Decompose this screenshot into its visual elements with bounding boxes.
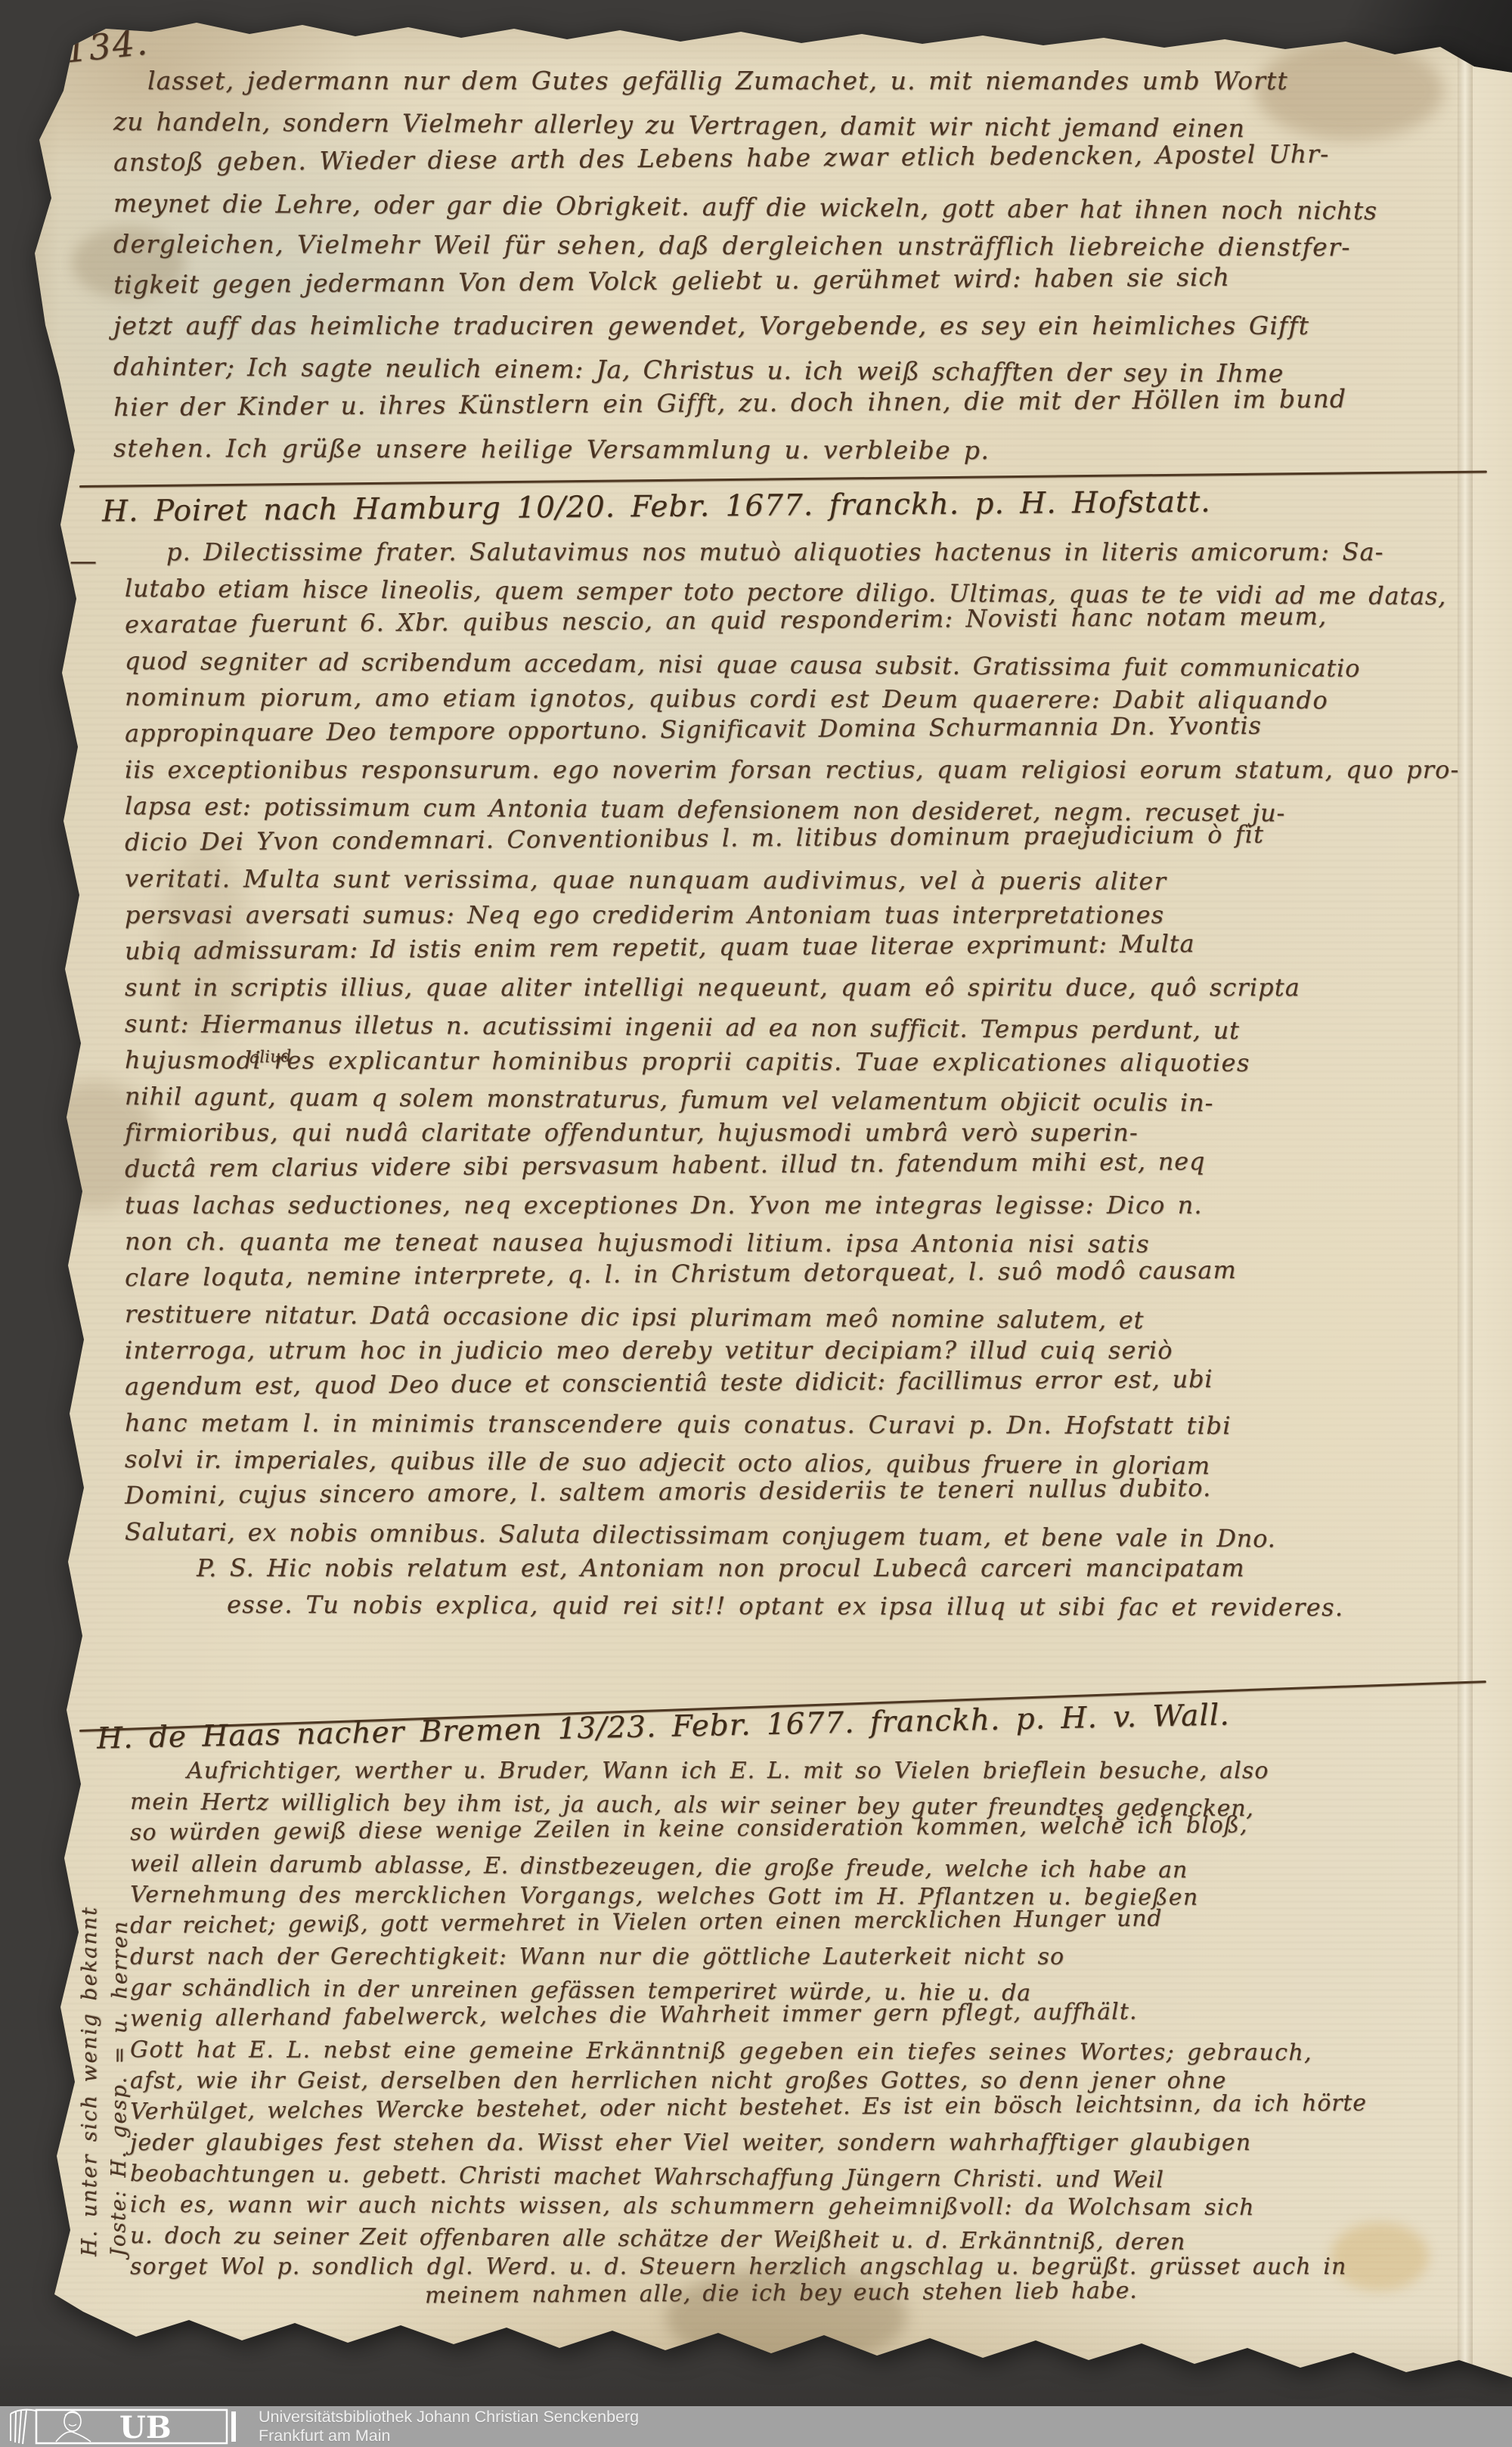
manuscript-line: durst nach der Gerechtigkeit: Wann nur d…	[130, 1941, 1498, 1972]
paper-sheet: 134. lasset, jedermann nur dem Gutes gef…	[0, 0, 1512, 2447]
library-watermark-banner: UB Universitätsbibliothek Johann Christi…	[0, 2406, 1512, 2447]
manuscript-line: tigkeit gegen jedermann Von dem Volck ge…	[113, 255, 1482, 305]
letter1-header: H. Poiret nach Hamburg 10/20. Febr. 1677…	[102, 485, 1211, 529]
manuscript-line: ich es, wann wir auch nichts wissen, als…	[130, 2189, 1498, 2224]
marginalia-line: Joste: H. gesp. = u. herren	[104, 1735, 136, 2257]
manuscript-line: iis exceptionibus responsurum. ego nover…	[125, 751, 1493, 788]
letter1-body-text: p. Dilectissime frater. Salutavimus nos …	[125, 534, 1493, 1622]
manuscript-line: Gott hat E. L. nebst eine gemeine Erkänn…	[130, 2034, 1498, 2069]
library-name: Universitätsbibliothek Johann Christian …	[259, 2408, 639, 2427]
ub-library-logo-icon: UB	[6, 2408, 240, 2445]
manuscript-line: hujusmodi res explicantur hominibus prop…	[125, 1042, 1493, 1082]
manuscript-line: p. Dilectissime frater. Salutavimus nos …	[125, 534, 1493, 570]
letter2-header: H. de Haas nacher Bremen 13/23. Febr. 16…	[97, 1698, 1230, 1755]
manuscript-line: hanc metam l. in minimis transcendere qu…	[125, 1405, 1493, 1445]
manuscript-line: sunt in scriptis illius, quae aliter int…	[125, 969, 1493, 1005]
marginalia-line: H. unter sich wenig bekannt	[76, 1735, 104, 2257]
library-location: Frankfurt am Main	[259, 2427, 639, 2445]
vertical-marginalia: H. unter sich wenig bekanntJoste: H. ges…	[76, 1735, 133, 2257]
letter2-body-text: Aufrichtiger, werther u. Bruder, Wann ic…	[130, 1755, 1498, 2313]
ub-logo-text: UB	[119, 2410, 172, 2445]
manuscript-line: lasset, jedermann nur dem Gutes gefällig…	[113, 60, 1482, 101]
paper-sheet-wrap: 134. lasset, jedermann nur dem Gutes gef…	[0, 0, 1512, 2447]
manuscript-line: stehen. Ich grüße unsere heilige Versamm…	[113, 428, 1482, 472]
manuscript-line: veritati. Multa sunt verissima, quae nun…	[125, 860, 1493, 900]
manuscript-line: jetzt auff das heimliche traduciren gewe…	[113, 305, 1482, 346]
manuscript-line: hier der Kinder u. ihres Künstlern ein G…	[113, 377, 1482, 428]
manuscript-line: Aufrichtiger, werther u. Bruder, Wann ic…	[130, 1755, 1498, 1786]
manuscript-line: tuas lachas seductiones, neq exceptiones…	[125, 1187, 1493, 1223]
manuscript-line: esse. Tu nobis explica, quid rei sit!! o…	[125, 1586, 1493, 1626]
manuscript-scan-page: 134. lasset, jedermann nur dem Gutes gef…	[0, 0, 1512, 2447]
manuscript-line: anstoß geben. Wieder diese arth des Lebe…	[113, 132, 1482, 183]
top-fragment-text: lasset, jedermann nur dem Gutes gefällig…	[113, 60, 1482, 469]
margin-dash-mark: —	[70, 546, 97, 577]
library-name-block: Universitätsbibliothek Johann Christian …	[259, 2408, 639, 2445]
interlinear-insertion-note: aliud	[249, 1047, 292, 1067]
section-divider-line	[79, 471, 1487, 488]
manuscript-line: jeder glaubiges fest stehen da. Wisst eh…	[130, 2127, 1498, 2158]
